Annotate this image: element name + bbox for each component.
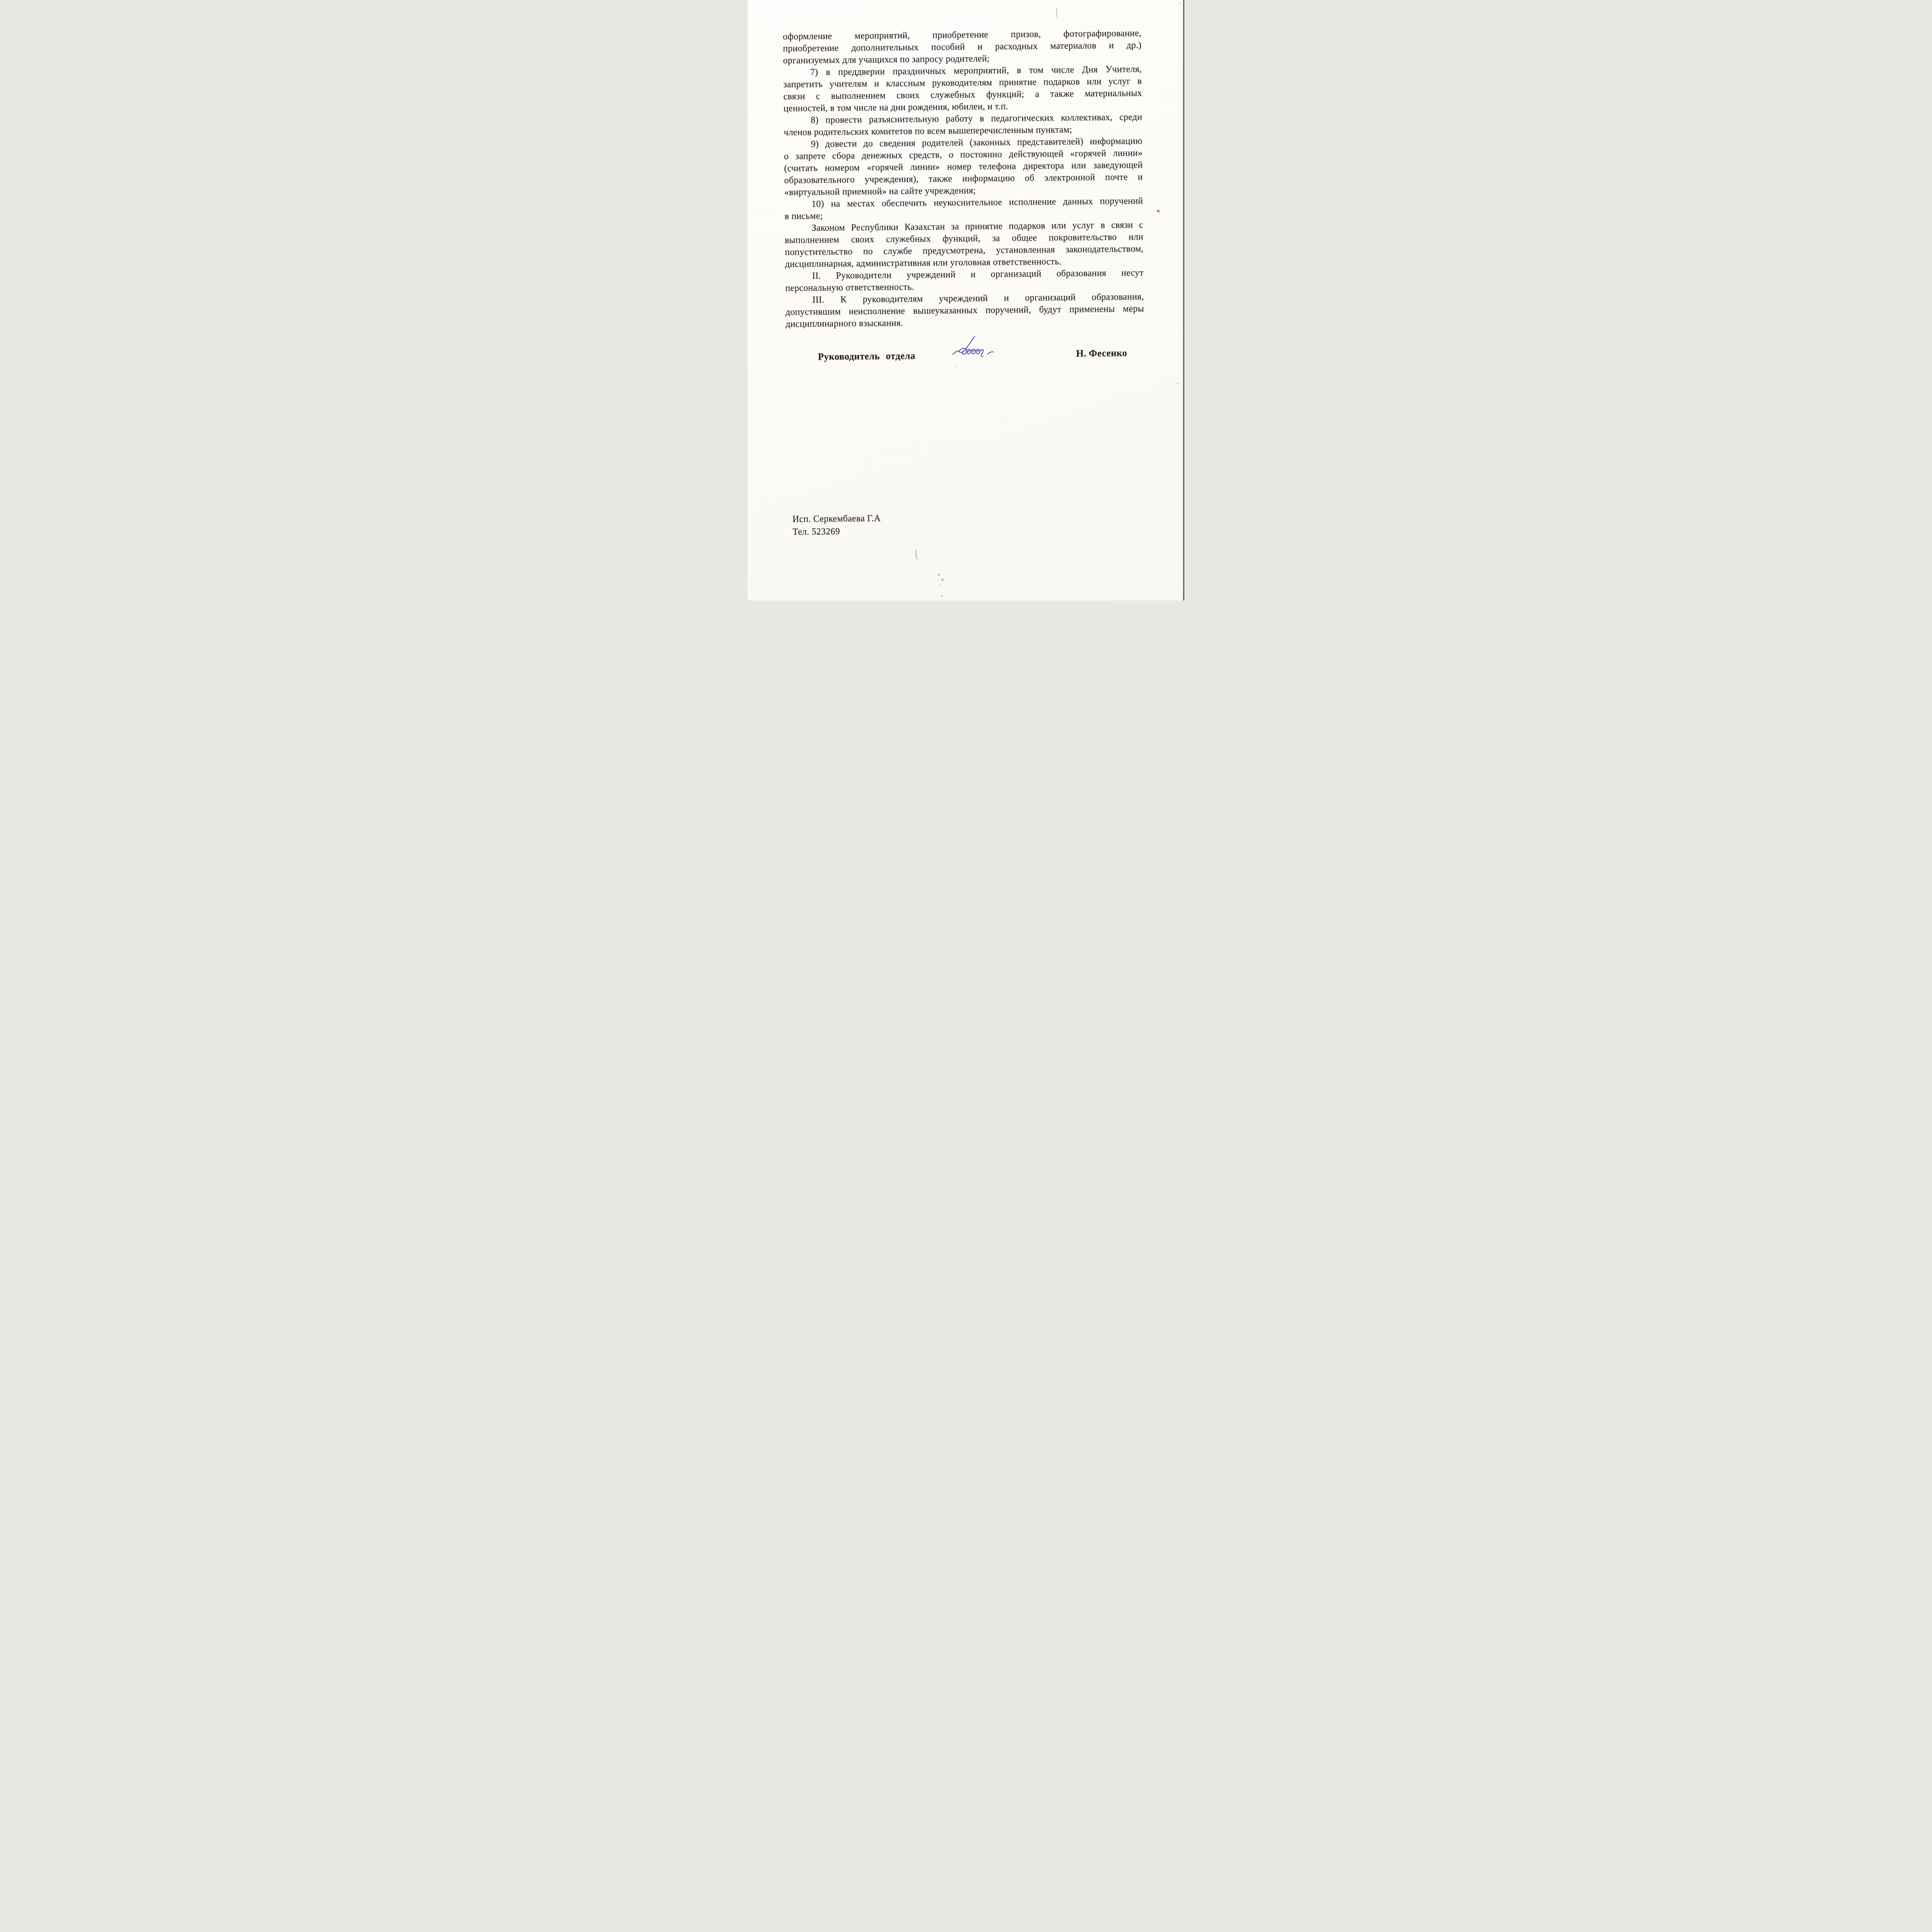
scan-artifact-speck: [1177, 5, 1178, 7]
scan-artifact-speck: [939, 584, 940, 586]
handwritten-signature: [951, 334, 998, 359]
signature-dash-stroke: [988, 352, 993, 354]
scan-artifact-speck: [1159, 212, 1160, 213]
executor-block: Исп. Серкембаева Г.А Тел. 523269: [793, 512, 881, 539]
signatory-name: Н. Фесенко: [1076, 348, 1128, 359]
scan-artifact-speck: [1179, 3, 1181, 4]
scan-artifact-speck: [938, 573, 940, 576]
scanned-document-page: оформление мероприятий, приобретение при…: [748, 0, 1184, 600]
signature-role-label: Руководитель отдела: [818, 351, 915, 362]
signature-main-stroke: [952, 336, 983, 357]
scan-artifact-speck: [941, 595, 943, 597]
scan-artifact-ink-dot: [956, 366, 957, 367]
phone-line: Тел. 523269: [793, 525, 881, 539]
executor-line: Исп. Серкембаева Г.А: [793, 512, 881, 526]
document-content: оформление мероприятий, приобретение при…: [748, 0, 1184, 600]
scan-artifact-speck: [941, 578, 944, 581]
scan-artifact-speck: [1177, 383, 1179, 384]
scanner-edge-shadow: [1183, 0, 1184, 600]
scan-artifact-speck: [1180, 334, 1181, 335]
document-body: оформление мероприятий, приобретение при…: [783, 27, 1144, 330]
